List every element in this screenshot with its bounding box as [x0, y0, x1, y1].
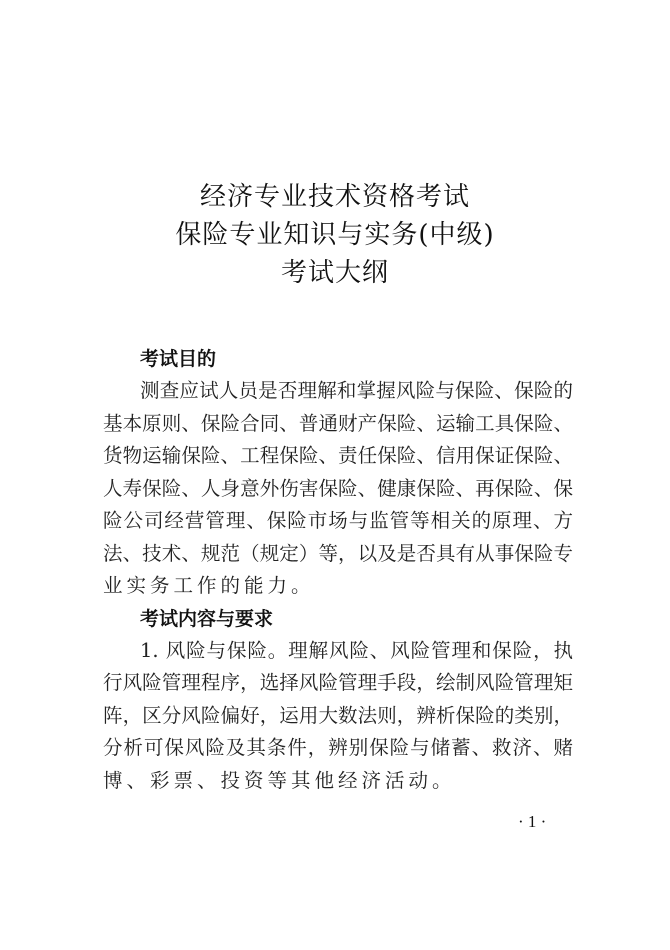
document-page: 经济专业技术资格考试 保险专业知识与实务(中级) 考试大纲 考试目的 测查应试人…: [0, 0, 670, 950]
section-heading: 考试内容与要求: [103, 603, 573, 635]
paragraph-line: 阵，区分风险偏好，运用大数法则，辨析保险的类别，: [103, 700, 573, 733]
section-exam-content: 考试内容与要求 1. 风险与保险。理解风险、风险管理和保险，执 行风险管理程序，…: [103, 603, 573, 798]
paragraph-line: 1. 风险与保险。理解风险、风险管理和保险，执: [103, 635, 573, 668]
paragraph-line: 法、技术、规范（规定）等，以及是否具有从事保险专: [103, 538, 573, 571]
paragraph-line: 行风险管理程序，选择风险管理手段，绘制风险管理矩: [103, 667, 573, 700]
title-line-2: 保险专业知识与实务(中级): [0, 216, 670, 254]
title-line-3: 考试大纲: [0, 254, 670, 292]
document-title: 经济专业技术资格考试 保险专业知识与实务(中级) 考试大纲: [0, 178, 670, 292]
paragraph-line: 险公司经营管理、保险市场与监管等相关的原理、方: [103, 505, 573, 538]
paragraph-line: 业实务工作的能力。: [103, 570, 573, 603]
section-heading: 考试目的: [103, 343, 573, 375]
document-body: 考试目的 测查应试人员是否理解和掌握风险与保险、保险的 基本原则、保险合同、普通…: [103, 343, 573, 797]
paragraph-line: 基本原则、保险合同、普通财产保险、运输工具保险、: [103, 408, 573, 441]
paragraph-line: 分析可保风险及其条件，辨别保险与储蓄、救济、赌: [103, 732, 573, 765]
paragraph-line: 人寿保险、人身意外伤害保险、健康保险、再保险、保: [103, 473, 573, 506]
title-line-1: 经济专业技术资格考试: [0, 178, 670, 216]
paragraph-line: 货物运输保险、工程保险、责任保险、信用保证保险、: [103, 440, 573, 473]
paragraph-line: 博、彩票、投资等其他经济活动。: [103, 765, 573, 798]
paragraph-line: 测查应试人员是否理解和掌握风险与保险、保险的: [103, 375, 573, 408]
page-number: · 1 ·: [518, 812, 546, 832]
section-exam-purpose: 考试目的 测查应试人员是否理解和掌握风险与保险、保险的 基本原则、保险合同、普通…: [103, 343, 573, 603]
